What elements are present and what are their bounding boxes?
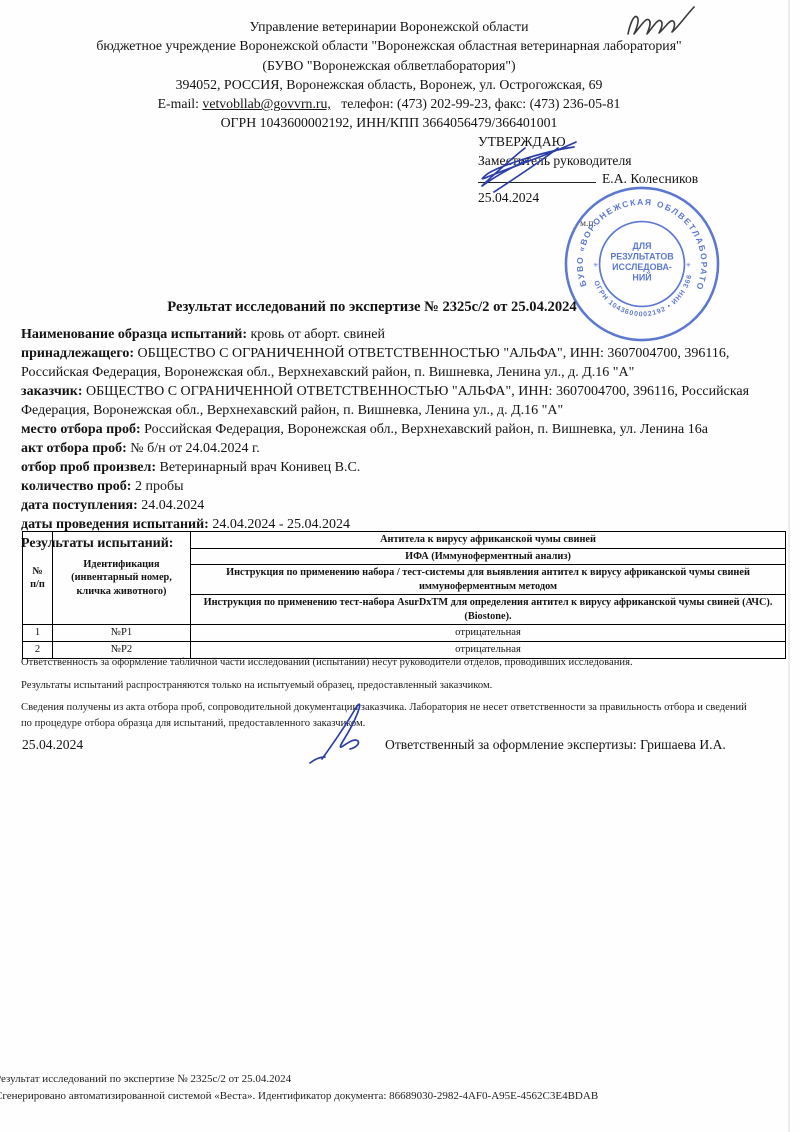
info-label: количество проб: (21, 479, 131, 494)
document-footer: Результат исследований по экспертизе № 2… (0, 1071, 598, 1105)
col-id-header: Идентификация (инвентарный номер, кличка… (53, 532, 191, 625)
note-scope: Результаты испытаний распространяются то… (21, 678, 747, 694)
info-value: ОБЩЕСТВО С ОГРАНИЧЕННОЙ ОТВЕТСТВЕННОСТЬЮ… (21, 384, 749, 418)
info-label: принадлежащего: (21, 346, 134, 361)
stamp-center-line-3: ИССЛЕДОВА- (612, 262, 672, 272)
info-customer: заказчик: ОБЩЕСТВО С ОГРАНИЧЕННОЙ ОТВЕТС… (21, 382, 781, 420)
info-sampler: отбор проб произвел: Ветеринарный врач К… (21, 458, 781, 477)
info-label: Наименование образца испытаний: (21, 327, 247, 342)
org-line-4: 394052, РОССИЯ, Воронежская область, Вор… (4, 75, 774, 94)
info-value: № б/н от 24.04.2024 г. (130, 441, 259, 456)
org-line-2: бюджетное учреждение Воронежской области… (4, 36, 774, 55)
org-header: Управление ветеринарии Воронежской облас… (4, 17, 774, 133)
contact-line: E-mail: vetvobllab@govvrn.ru, телефон: (… (4, 94, 774, 113)
method-header-1: Антитела к вирусу африканской чумы свине… (191, 532, 786, 549)
info-value: 2 пробы (135, 479, 184, 494)
info-sampling-place: место отбора проб: Российская Федерация,… (21, 420, 781, 439)
row-result: отрицательная (191, 625, 786, 642)
info-label: даты проведения испытаний: (21, 517, 209, 532)
method-header-2: ИФА (Иммуноферментный анализ) (191, 548, 786, 565)
info-receive-date: дата поступления: 24.04.2024 (21, 496, 781, 515)
table-header-row: № п/п Идентификация (инвентарный номер, … (23, 532, 786, 549)
stamp-star-right: ✳ (686, 262, 691, 269)
col-num-header: № п/п (23, 532, 53, 625)
email-label: E-mail: (158, 96, 199, 111)
info-sample-name: Наименование образца испытаний: кровь от… (21, 325, 781, 344)
info-value: 24.04.2024 (141, 498, 204, 513)
method-header-3: Инструкция по применению набора / тест-с… (191, 565, 786, 595)
info-block: Наименование образца испытаний: кровь от… (21, 325, 781, 553)
results-table: № п/п Идентификация (инвентарный номер, … (22, 531, 786, 659)
approver-name: Е.А. Колесников (602, 171, 698, 186)
table-row: 1 №Р1 отрицательная (23, 625, 786, 642)
footer-line-2: Сгенерировано автоматизированной системо… (0, 1088, 598, 1105)
info-label: дата поступления: (21, 498, 138, 513)
row-num: 1 (23, 625, 53, 642)
info-value: Ветеринарный врач Конивец В.С. (159, 460, 360, 475)
info-label: место отбора проб: (21, 422, 141, 437)
org-line-3: (БУВО "Воронежская облветлаборатория") (4, 56, 774, 75)
scan-edge-artifact (788, 0, 790, 1132)
info-sampling-act: акт отбора проб: № б/н от 24.04.2024 г. (21, 439, 781, 458)
info-value: 24.04.2024 - 25.04.2024 (212, 517, 350, 532)
responsible-label: Ответственный за оформление экспертизы: … (385, 737, 726, 753)
info-value: Российская Федерация, Воронежская обл., … (144, 422, 708, 437)
note-responsibility: Ответственность за оформление табличной … (21, 655, 747, 671)
info-sample-count: количество проб: 2 пробы (21, 477, 781, 496)
stamp-center-line-1: ДЛЯ (633, 241, 652, 251)
document-title: Результат исследований по экспертизе № 2… (0, 299, 744, 316)
stamp-center-line-4: НИЙ (632, 271, 651, 282)
note-sampling-disclaimer: Сведения получены из акта отбора проб, с… (21, 700, 747, 731)
document-page: Управление ветеринарии Воронежской облас… (0, 0, 800, 1132)
stamp-center-line-2: РЕЗУЛЬТАТОВ (610, 252, 673, 262)
org-line-1: Управление ветеринарии Воронежской облас… (4, 17, 774, 36)
method-header-4: Инструкция по применению тест-набора Asu… (191, 595, 786, 625)
info-owner: принадлежащего: ОБЩЕСТВО С ОГРАНИЧЕННОЙ … (21, 344, 781, 382)
info-label: заказчик: (21, 384, 83, 399)
info-value: кровь от аборт. свиней (251, 327, 385, 342)
notes-block: Ответственность за оформление табличной … (21, 655, 747, 738)
info-label: отбор проб произвел: (21, 460, 156, 475)
responsible-signature (300, 697, 380, 767)
signoff-date: 25.04.2024 (22, 737, 83, 753)
row-id: №Р1 (53, 625, 191, 642)
info-label: акт отбора проб: (21, 441, 127, 456)
footer-line-1: Результат исследований по экспертизе № 2… (0, 1071, 598, 1088)
round-stamp: БУВО «ВОРОНЕЖСКАЯ ОБЛВЕТЛАБОРАТОРИЯ» ОГР… (563, 185, 721, 343)
email-link[interactable]: vetvobllab@govvrn.ru, (202, 96, 330, 111)
stamp-star-left: ✳ (593, 262, 598, 269)
ogrn-line: ОГРН 1043600002192, ИНН/КПП 3664056479/3… (4, 113, 774, 132)
phone-fax: телефон: (473) 202-99-23, факс: (473) 23… (341, 96, 620, 111)
